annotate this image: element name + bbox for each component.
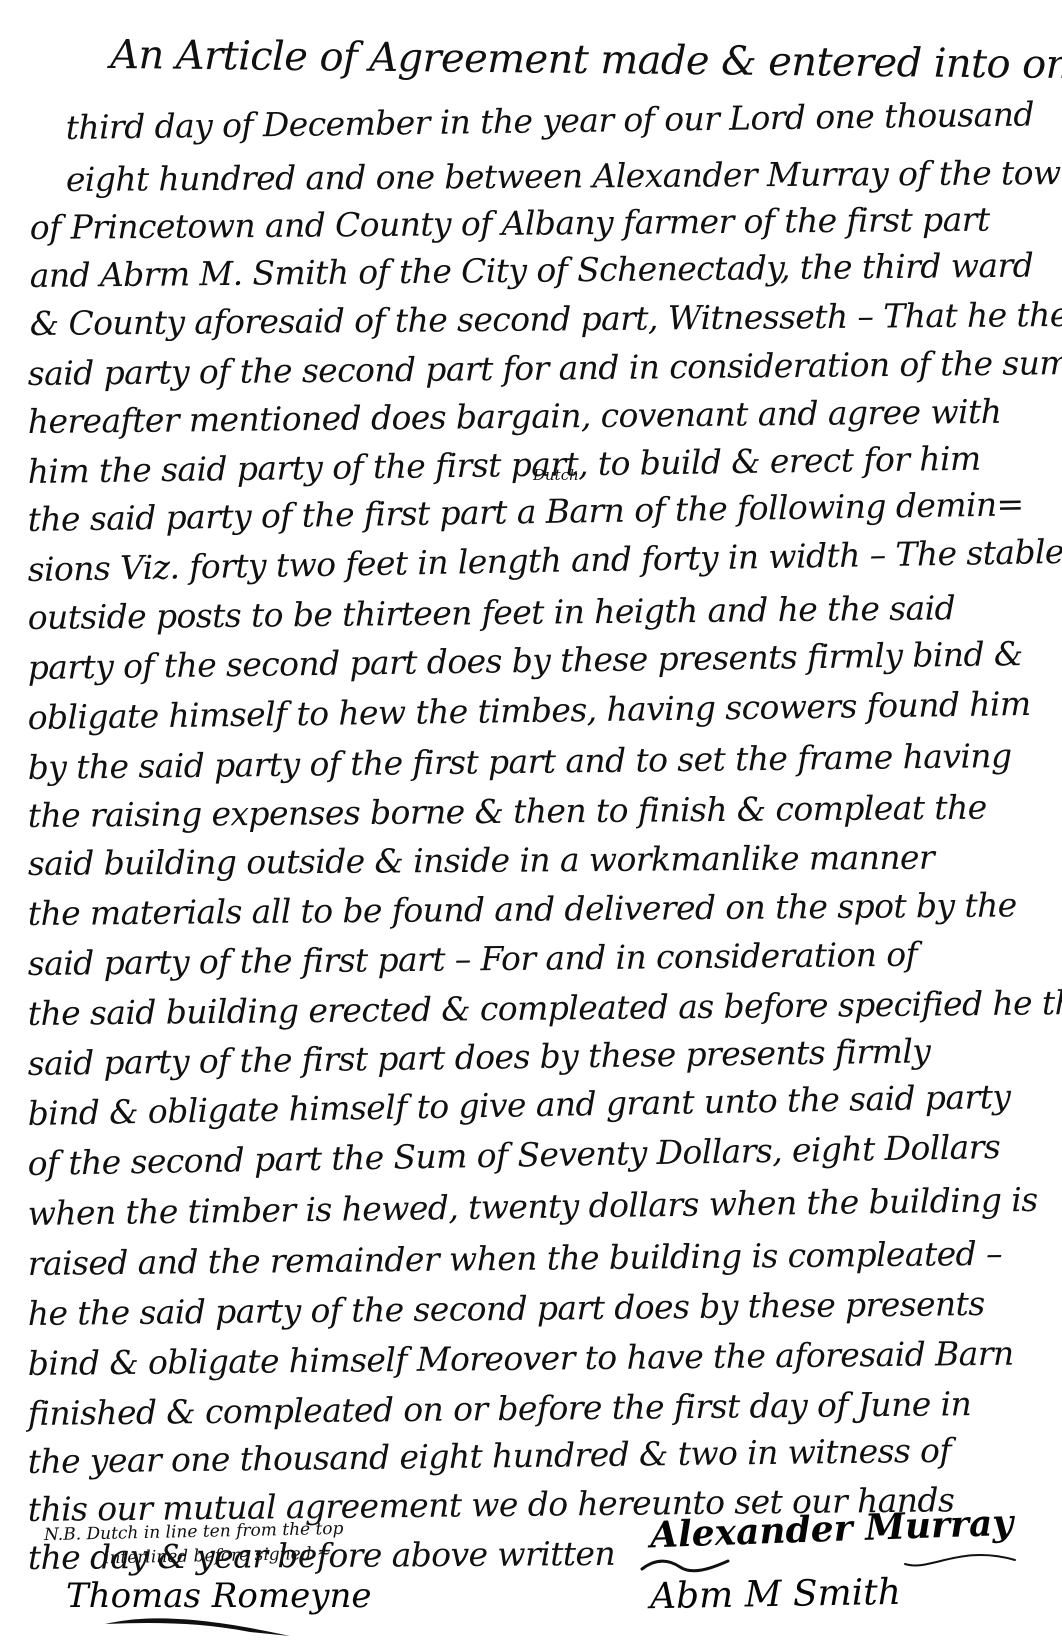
text-line-24: when the timber is hewed, twenty dollars…: [27, 1180, 1037, 1233]
text-line-3: eight hundred and one between Alexander …: [66, 153, 1062, 199]
text-line-18: the materials all to be found and delive…: [28, 885, 1017, 933]
manuscript-page: An Article of Agreement made & entered i…: [0, 0, 1062, 1641]
text-line-15: by the said party of the first part and …: [28, 736, 1012, 787]
text-line-11: sions Viz. forty two feet in length and …: [27, 532, 1062, 589]
closing-flourish-icon: [640, 1555, 730, 1575]
signature-witness-thomas-romeyne: Thomas Romeyne: [66, 1576, 371, 1616]
text-line-21: said party of the first part does by the…: [27, 1031, 930, 1083]
text-line-1: An Article of Agreement made & entered i…: [110, 32, 1062, 89]
text-line-8: hereafter mentioned does bargain, covena…: [28, 392, 1002, 441]
text-line-13: party of the second part does by these p…: [27, 634, 1022, 687]
text-line-25: raised and the remainder when the buildi…: [28, 1234, 1002, 1283]
text-line-20: the said building erected & compleated a…: [28, 983, 1062, 1033]
text-line-29: the year one thousand eight hundred & tw…: [28, 1431, 952, 1481]
text-line-19: said party of the first part – For and i…: [28, 935, 918, 983]
text-line-12: outside posts to be thirteen feet in hei…: [28, 588, 956, 637]
text-line-14: obligate himself to hew the timbes, havi…: [27, 684, 1030, 737]
text-line-7: said party of the second part for and in…: [28, 343, 1062, 393]
signature-underline-flourish-icon: [900, 1534, 1020, 1574]
text-line-26: he the said party of the second part doe…: [28, 1284, 985, 1333]
text-line-10: the said party of the first part a Barn …: [27, 484, 1023, 539]
text-line-23: of the second part the Sum of Seventy Do…: [27, 1127, 1000, 1183]
interlinear-insertion-dutch: Dutch: [533, 466, 579, 484]
signature-abm-smith: Abm M Smith: [650, 1572, 902, 1617]
text-line-9: him the said party of the first part, to…: [27, 439, 980, 491]
text-line-2: third day of December in the year of our…: [65, 94, 1034, 147]
text-line-16: the raising expenses borne & then to fin…: [28, 788, 987, 835]
text-line-27: bind & obligate himself Moreover to have…: [28, 1334, 1014, 1383]
text-line-28: finished & compleated on or before the f…: [28, 1384, 972, 1433]
text-line-6: & County aforesaid of the second part, W…: [30, 295, 1062, 343]
text-line-22: bind & obligate himself to give and gran…: [27, 1077, 1010, 1133]
text-line-17: said building outside & inside in a work…: [28, 838, 934, 883]
witness-signature-flourish-icon: [100, 1614, 300, 1640]
text-line-4: of Princetown and County of Albany farme…: [30, 200, 990, 247]
text-line-5: and Abrm M. Smith of the City of Schenec…: [30, 245, 1034, 295]
